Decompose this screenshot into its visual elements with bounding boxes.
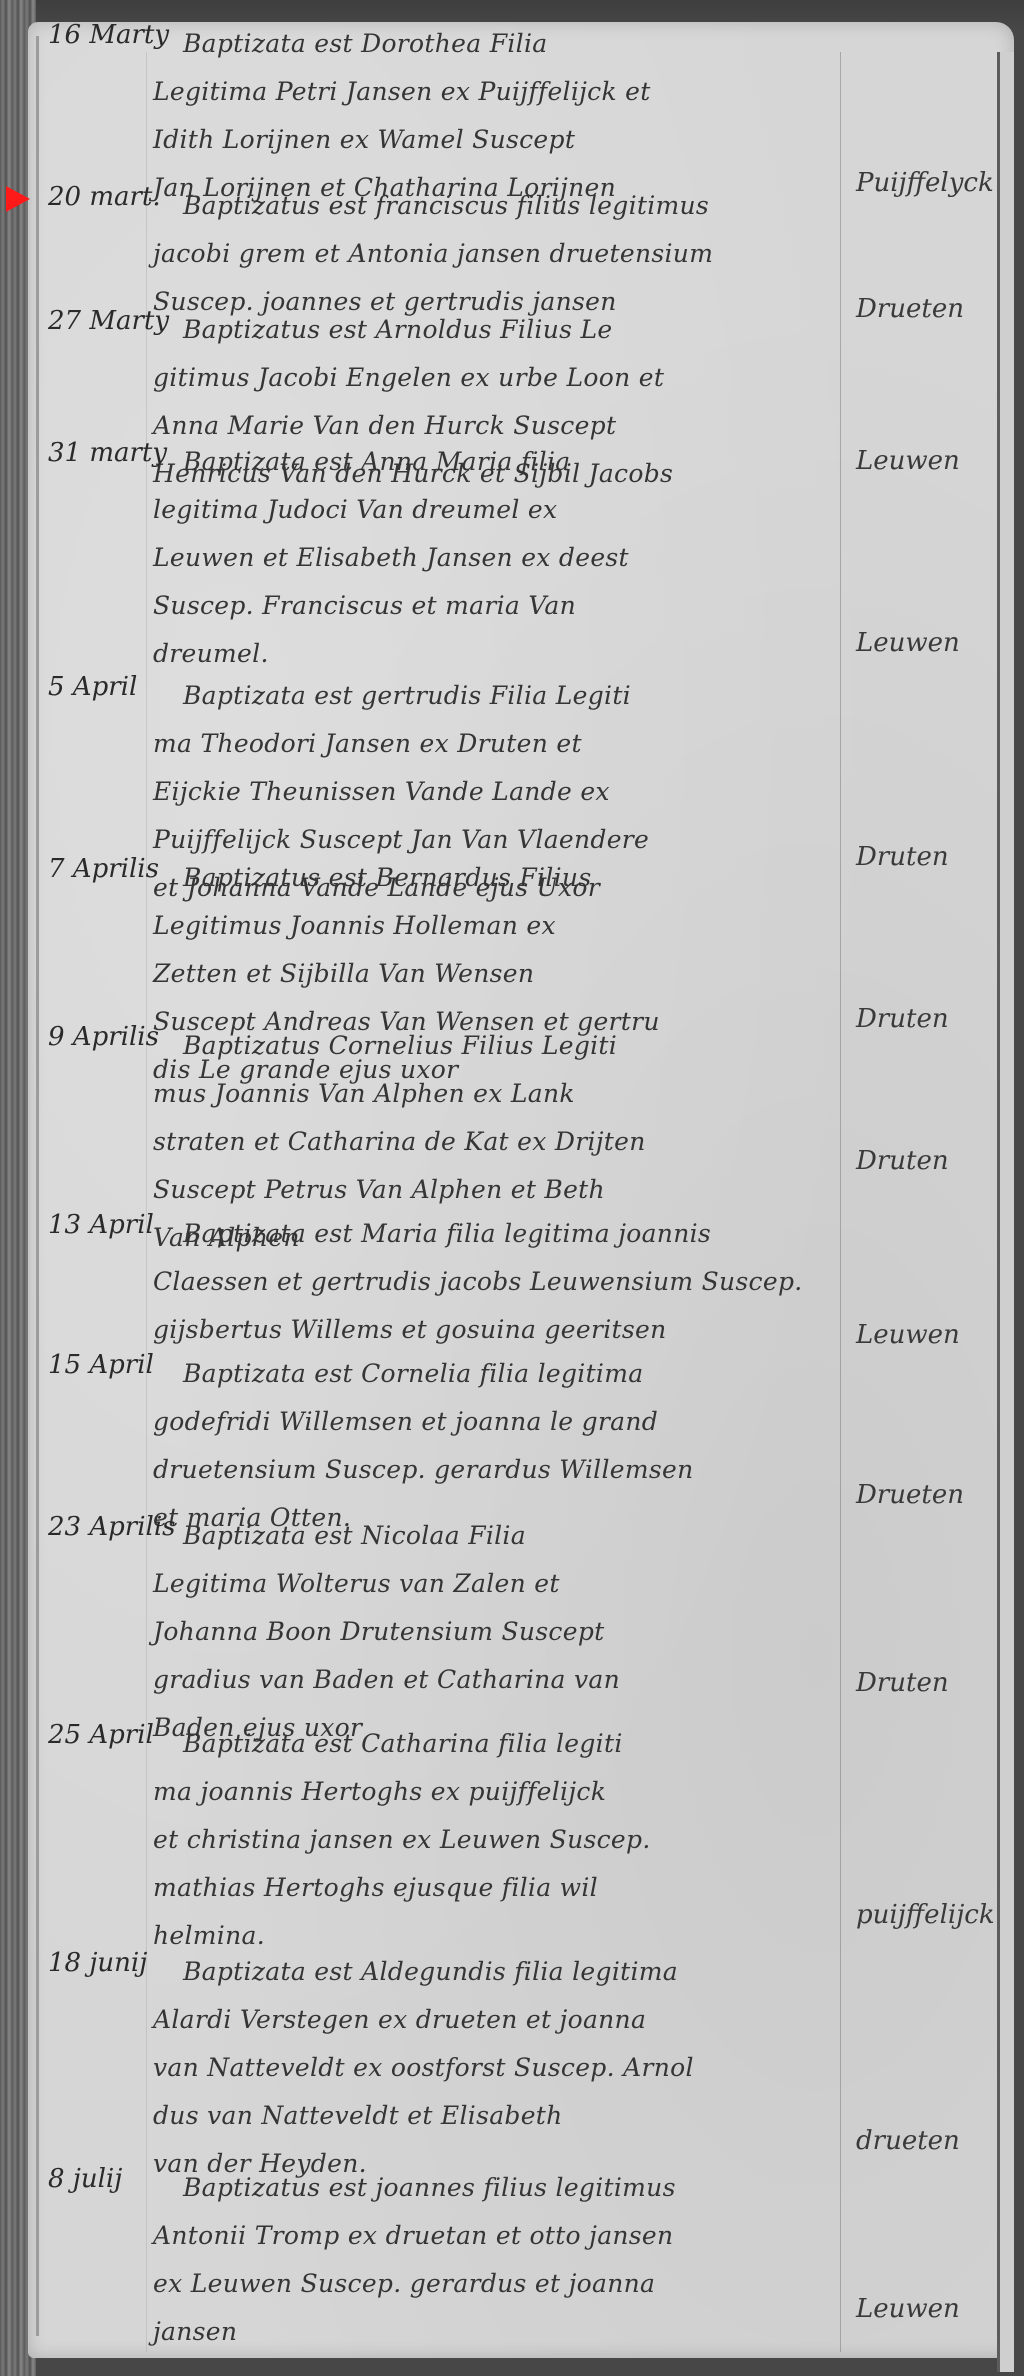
entry-text-line: ma joannis Hertoghs ex puijffelijck (153, 1768, 853, 1816)
entry-place: Leuwen (856, 1320, 960, 1350)
entry-text-line: Suscep. Franciscus et maria Van (153, 582, 853, 630)
entry-text-line: Baptizata est Nicolaa Filia (153, 1512, 853, 1560)
entry-text-line: ma Theodori Jansen ex Druten et (153, 720, 853, 768)
entry-date: 5 April (48, 672, 137, 702)
entry-date: 18 junij (48, 1948, 147, 1978)
entry-text-line: Baptizatus est joannes filius legitimus (153, 2164, 853, 2212)
entry-text-line: Johanna Boon Drutensium Suscept (153, 1608, 853, 1656)
entry-text: Baptizatus est franciscus filius legitim… (153, 182, 853, 326)
entry-text-line: Idith Lorijnen ex Wamel Suscept (153, 116, 853, 164)
entry-date: 27 Marty (48, 306, 169, 336)
entry-place: Druten (856, 1146, 949, 1176)
entry-text-line: Baptizata est Aldegundis filia legitima (153, 1948, 853, 1996)
entry-text: Baptizatus est joannes filius legitimusA… (153, 2164, 853, 2356)
entry-place: Druten (856, 842, 949, 872)
entry-text-line: Baptizatus Cornelius Filius Legiti (153, 1022, 853, 1070)
entry-text-line: Baptizatus est Bernardus Filius (153, 854, 853, 902)
entry-text-line: et christina jansen ex Leuwen Suscep. (153, 1816, 853, 1864)
entry-date: 13 April (48, 1210, 154, 1240)
entry-place: Leuwen (856, 628, 960, 658)
entry-place: Puijffelyck (856, 168, 994, 198)
entry-date: 9 Aprilis (48, 1022, 159, 1052)
entry-text-line: gijsbertus Willems et gosuina geeritsen (153, 1306, 853, 1354)
red-pointer-marker-icon (6, 186, 30, 212)
entry-text-line: jansen (153, 2308, 853, 2356)
entry-date: 31 marty (48, 438, 167, 468)
entry-text: Baptizata est Anna Maria filialegitima J… (153, 438, 853, 678)
entry-place: Leuwen (856, 2294, 960, 2324)
entry-date: 20 mart. (48, 182, 161, 212)
date-column-rule (146, 52, 147, 2352)
entry-text-line: jacobi grem et Antonia jansen druetensiu… (153, 230, 853, 278)
entry-text-line: gradius van Baden et Catharina van (153, 1656, 853, 1704)
register-page: 16 MartyBaptizata est Dorothea FiliaLegi… (28, 22, 1014, 2358)
entry-place: Drueten (856, 294, 964, 324)
entry-text-line: Claessen et gertrudis jacobs Leuwensium … (153, 1258, 853, 1306)
entry-text-line: gitimus Jacobi Engelen ex urbe Loon et (153, 354, 853, 402)
entry-text-line: dreumel. (153, 630, 853, 678)
entry-text-line: Baptizatus est Arnoldus Filius Le (153, 306, 853, 354)
entry-place: Drueten (856, 1480, 964, 1510)
entry-date: 16 Marty (48, 20, 169, 50)
entry-text-line: legitima Judoci Van dreumel ex (153, 486, 853, 534)
entry-date: 7 Aprilis (48, 854, 159, 884)
entry-text-line: mathias Hertoghs ejusque filia wil (153, 1864, 853, 1912)
entry-text: Baptizata est Catharina filia legitima j… (153, 1720, 853, 1960)
page-edge-line (36, 36, 39, 2336)
entry-text-line: straten et Catharina de Kat ex Drijten (153, 1118, 853, 1166)
entry-place: puijffelijck (856, 1900, 995, 1930)
entry-text-line: druetensium Suscep. gerardus Willemsen (153, 1446, 853, 1494)
entry-text: Baptizata est Aldegundis filia legitimaA… (153, 1948, 853, 2188)
next-page-edge (997, 52, 1014, 2372)
entry-date: 15 April (48, 1350, 154, 1380)
entry-text: Baptizata est Nicolaa FiliaLegitima Wolt… (153, 1512, 853, 1752)
entry-place: Leuwen (856, 446, 960, 476)
entry-text-line: Antonii Tromp ex druetan et otto jansen (153, 2212, 853, 2260)
entry-text-line: Baptizata est Cornelia filia legitima (153, 1350, 853, 1398)
entry-text-line: ex Leuwen Suscep. gerardus et joanna (153, 2260, 853, 2308)
entry-text-line: Baptizatus est franciscus filius legitim… (153, 182, 853, 230)
entry-text-line: Zetten et Sijbilla Van Wensen (153, 950, 853, 998)
entry-text-line: Alardi Verstegen ex drueten et joanna (153, 1996, 853, 2044)
entry-text: Baptizata est Maria filia legitima joann… (153, 1210, 853, 1354)
entry-text-line: Leuwen et Elisabeth Jansen ex deest (153, 534, 853, 582)
entry-text-line: Baptizata est Maria filia legitima joann… (153, 1210, 853, 1258)
entry-text-line: Baptizata est Catharina filia legiti (153, 1720, 853, 1768)
entry-text-line: Baptizata est gertrudis Filia Legiti (153, 672, 853, 720)
entry-text-line: Suscept Petrus Van Alphen et Beth (153, 1166, 853, 1214)
entry-date: 8 julij (48, 2164, 122, 2194)
entry-text-line: Eijckie Theunissen Vande Lande ex (153, 768, 853, 816)
entry-date: 25 April (48, 1720, 154, 1750)
entry-text-line: godefridi Willemsen et joanna le grand (153, 1398, 853, 1446)
entry-text-line: Baptizata est Anna Maria filia (153, 438, 853, 486)
entry-text-line: Legitima Petri Jansen ex Puijffelijck et (153, 68, 853, 116)
entry-text-line: Baptizata est Dorothea Filia (153, 20, 853, 68)
entry-text-line: Legitimus Joannis Holleman ex (153, 902, 853, 950)
entry-text-line: mus Joannis Van Alphen ex Lank (153, 1070, 853, 1118)
document-scan: 16 MartyBaptizata est Dorothea FiliaLegi… (0, 0, 1024, 2376)
entry-text-line: dus van Natteveldt et Elisabeth (153, 2092, 853, 2140)
entry-text-line: Legitima Wolterus van Zalen et (153, 1560, 853, 1608)
entry-place: Druten (856, 1668, 949, 1698)
entry-place: drueten (856, 2126, 960, 2156)
entry-text-line: van Natteveldt ex oostforst Suscep. Arno… (153, 2044, 853, 2092)
entry-place: Druten (856, 1004, 949, 1034)
